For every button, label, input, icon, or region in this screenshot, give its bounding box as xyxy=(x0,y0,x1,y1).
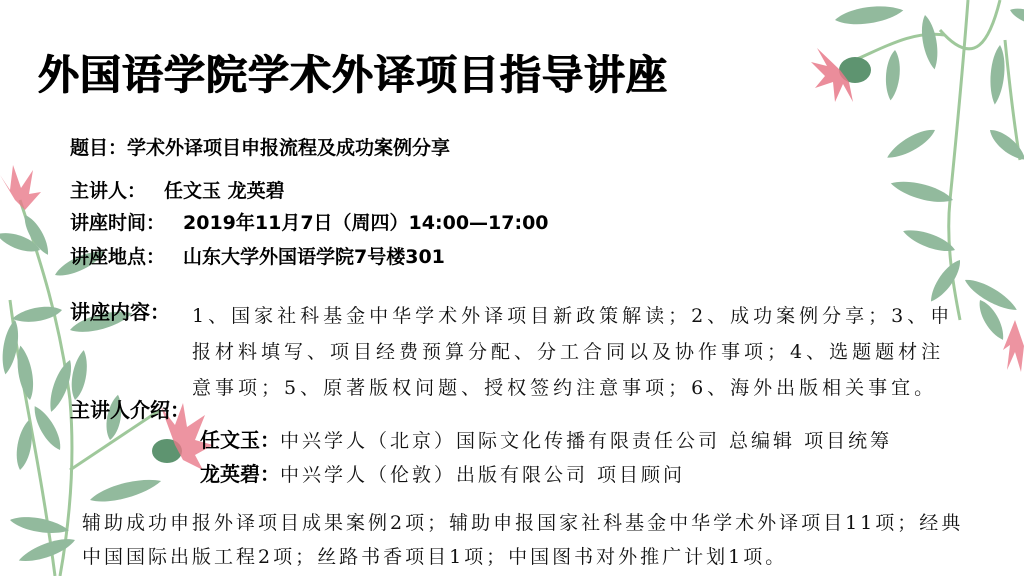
speaker-desc: 中兴学人（伦敦）出版有限公司 项目顾问 xyxy=(280,464,685,486)
left-top-flower xyxy=(0,165,41,210)
content-text: 1、国家社科基金中华学术外译项目新政策解读；2、成功案例分享；3、申 报材料填写… xyxy=(192,298,952,406)
achievements-line: 中国国际出版工程2项；丝路书香项目1项；中国图书对外推广计划1项。 xyxy=(82,540,963,574)
content-line: 报材料填写、项目经费预算分配、分工合同以及协作事项；4、选题题材注 xyxy=(192,334,952,370)
topic-label: 题目： xyxy=(70,137,127,159)
speakers-label: 主讲人： xyxy=(70,180,146,202)
time-row: 讲座时间：2019年11月7日（周四）14:00—17:00 xyxy=(70,208,549,235)
content-line: 1、国家社科基金中华学术外译项目新政策解读；2、成功案例分享；3、申 xyxy=(192,298,952,334)
slide-title: 外国语学院学术外译项目指导讲座 xyxy=(38,42,668,101)
speaker-intro-label: 主讲人介绍： xyxy=(70,394,190,423)
top-right-vine xyxy=(834,0,1024,343)
speaker-bio: 任文玉：中兴学人（北京）国际文化传播有限责任公司 总编辑 项目统筹 xyxy=(200,424,892,453)
speakers-row: 主讲人：任文玉 龙英碧 xyxy=(70,176,285,203)
topic-row: 题目：学术外译项目申报流程及成功案例分享 xyxy=(70,133,450,160)
speaker-bio: 龙英碧：中兴学人（伦敦）出版有限公司 项目顾问 xyxy=(200,458,685,487)
top-right-flower xyxy=(811,48,871,102)
achievements-text: 辅助成功申报外译项目成果案例2项；辅助申报国家社科基金中华学术外译项目11项；经… xyxy=(82,506,963,574)
speakers-value: 任文玉 龙英碧 xyxy=(164,180,285,202)
right-flower xyxy=(1003,320,1024,372)
time-value: 2019年11月7日（周四）14:00—17:00 xyxy=(183,212,549,234)
content-line: 意事项；5、原著版权问题、授权签约注意事项；6、海外出版相关事宜。 xyxy=(192,370,952,406)
speaker-name: 任文玉： xyxy=(200,428,280,452)
topic-value: 学术外译项目申报流程及成功案例分享 xyxy=(127,137,450,159)
location-label: 讲座地点： xyxy=(70,246,165,268)
speaker-name: 龙英碧： xyxy=(200,462,280,486)
location-value: 山东大学外国语学院7号楼301 xyxy=(183,246,445,268)
location-row: 讲座地点：山东大学外国语学院7号楼301 xyxy=(70,242,445,269)
achievements-line: 辅助成功申报外译项目成果案例2项；辅助申报国家社科基金中华学术外译项目11项；经… xyxy=(82,506,963,540)
time-label: 讲座时间： xyxy=(70,212,165,234)
content-label: 讲座内容： xyxy=(70,296,170,325)
speaker-desc: 中兴学人（北京）国际文化传播有限责任公司 总编辑 项目统筹 xyxy=(280,430,892,452)
